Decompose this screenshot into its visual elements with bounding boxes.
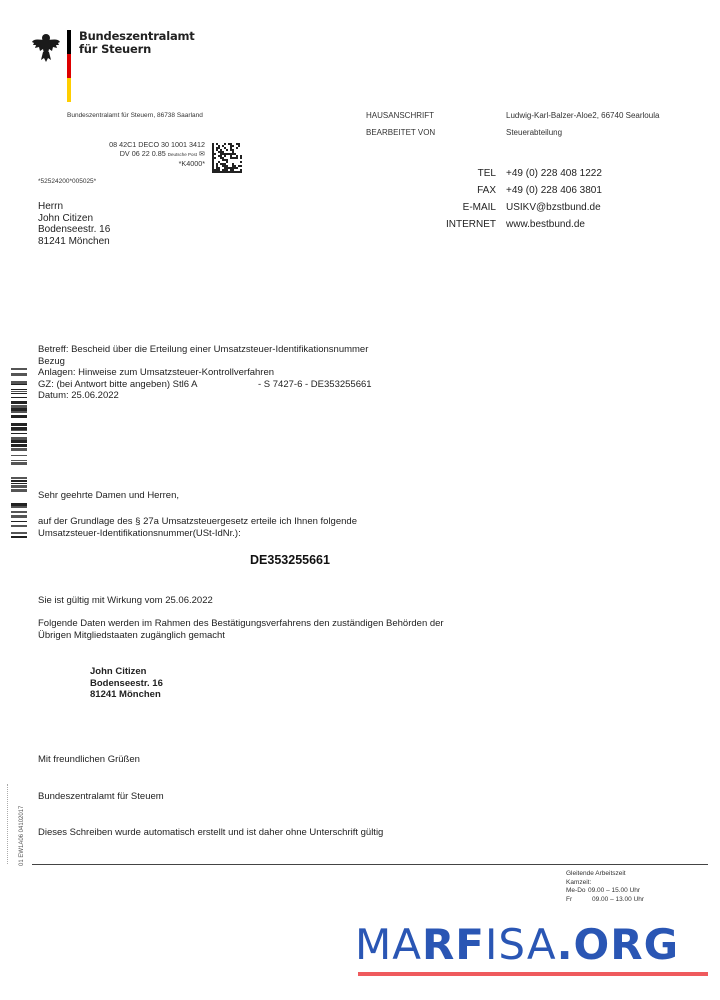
recipient-city: 81241 Mönchen [38, 236, 110, 248]
shared-address-name: John Citizen [90, 666, 163, 678]
contact-row-tel: TEL +49 (0) 228 408 1222 [420, 168, 602, 185]
watermark-part: ISA [485, 920, 557, 969]
side-form-code-text: 01 EW1A06 04102017 [19, 776, 25, 866]
header-row-processor: BEARBEITET VON Steuerabteilung [366, 128, 659, 145]
flag-black [67, 30, 71, 54]
recipient-street: Bodenseestr. 16 [38, 224, 110, 236]
vat-id-number: DE353255661 [0, 553, 580, 567]
federal-eagle-icon [31, 30, 61, 64]
header-value: Steuerabteilung [506, 128, 562, 145]
contact-row-internet: INTERNET www.bestbund.de [420, 219, 602, 236]
intro-line2: Umsatzsteuer-Identifikationsnummer(USt-I… [38, 528, 357, 540]
postage-imprint: 08 42C1 DECO 30 1001 3412 DV 06 22 0.85 … [90, 140, 205, 168]
office-hours-days: Fr [566, 896, 588, 905]
contact-label: INTERNET [420, 219, 506, 236]
intro-line1: auf der Grundlage des § 27a Umsatzsteuer… [38, 516, 357, 528]
office-hours-title: Gleitende Arbeitszeit [566, 870, 644, 879]
header-info: HAUSANSCHRIFT Ludwig-Karl-Balzer-Aloe2, … [366, 111, 659, 145]
office-hours-subtitle: Kamzeit: [566, 879, 644, 888]
contact-info: TEL +49 (0) 228 408 1222 FAX +49 (0) 228… [420, 168, 602, 236]
flag-red [67, 54, 71, 78]
contact-label: FAX [420, 185, 506, 202]
subject-betreff: Betreff: Bescheid über die Erteilung ein… [38, 344, 372, 356]
office-hours: Gleitende Arbeitszeit Kamzeit: Me-Do 09.… [566, 870, 644, 904]
reference-code: *52524200*005025* [38, 178, 96, 185]
contact-label: E-MAIL [420, 202, 506, 219]
header-label: HAUSANSCHRIFT [366, 111, 506, 128]
watermark-part: MA [355, 920, 422, 969]
data-notice-line2: Übrigen Mitgliedstaaten zugänglich gemac… [38, 630, 444, 642]
subject-block: Betreff: Bescheid über die Erteilung ein… [38, 344, 372, 402]
closing: Mit freundlichen Grüßen [38, 754, 140, 766]
postage-line3: *K4000* [90, 159, 205, 168]
side-form-code: 01 EW1A06 04102017 [5, 780, 35, 870]
recipient-address: Herrn John Citizen Bodenseestr. 16 81241… [38, 201, 110, 247]
watermark-underline [358, 972, 708, 976]
gz-value: - S 7427-6 - DE353255661 [258, 379, 372, 390]
recipient-name: John Citizen [38, 213, 110, 225]
german-flag-bar [67, 30, 71, 102]
data-notice-line1: Folgende Daten werden im Rahmen des Best… [38, 618, 444, 630]
agency-name-line2: für Steuern [79, 43, 195, 56]
sender-return-address: Bundeszentralamt für Steuern, 86738 Saar… [67, 112, 203, 119]
footer-divider [32, 864, 708, 865]
data-notice: Folgende Daten werden im Rahmen des Best… [38, 618, 444, 641]
greeting: Sehr geehrte Damen und Herren, [38, 490, 179, 502]
postage-carrier: Deutsche Post [168, 152, 197, 157]
signature: Bundeszentralamt für Steuem [38, 791, 164, 803]
marfisa-watermark-logo: MARFISA.ORG [355, 922, 679, 968]
contact-value: USIKV@bzstbund.de [506, 202, 601, 219]
shared-address-street: Bodenseestr. 16 [90, 678, 163, 690]
office-hours-time: 09.00 – 13.00 Uhr [588, 896, 644, 905]
postage-line2: DV 06 22 0.85 Deutsche Post ✉ [90, 149, 205, 159]
watermark-part: .ORG [557, 920, 679, 969]
recipient-salutation: Herrn [38, 201, 110, 213]
auto-notice: Dieses Schreiben wurde automatisch erste… [38, 827, 383, 839]
contact-value: www.bestbund.de [506, 219, 585, 236]
header-row-address: HAUSANSCHRIFT Ludwig-Karl-Balzer-Aloe2, … [366, 111, 659, 128]
subject-gz: GZ: (bei Antwort bitte angeben) Stl6 A- … [38, 379, 372, 391]
contact-row-email: E-MAIL USIKV@bzstbund.de [420, 202, 602, 219]
shared-address-city: 81241 Mönchen [90, 689, 163, 701]
office-hours-row: Fr 09.00 – 13.00 Uhr [566, 896, 644, 905]
contact-value: +49 (0) 228 406 3801 [506, 185, 602, 202]
datamatrix-code-icon [212, 143, 242, 173]
subject-bezug: Bezug [38, 356, 372, 368]
header-label: BEARBEITET VON [366, 128, 506, 145]
subject-date: Datum: 25.06.2022 [38, 390, 372, 402]
post-horn-icon: ✉ [199, 149, 205, 158]
flag-gold [67, 78, 71, 102]
office-hours-days: Me-Do [566, 887, 588, 896]
side-fine-print [7, 784, 10, 864]
contact-label: TEL [420, 168, 506, 185]
intro-paragraph: auf der Grundlage des § 27a Umsatzsteuer… [38, 516, 357, 539]
validity-statement: Sie ist gültig mit Wirkung vom 25.06.202… [38, 595, 213, 607]
office-hours-row: Me-Do 09.00 – 15.00 Uhr [566, 887, 644, 896]
office-hours-time: 09.00 – 15.00 Uhr [588, 887, 640, 896]
watermark-part: RF [422, 920, 485, 969]
shared-address: John Citizen Bodenseestr. 16 81241 Mönch… [90, 666, 163, 701]
gz-label: GZ: (bei Antwort bitte angeben) Stl6 A [38, 379, 258, 391]
agency-name: Bundeszentralamt für Steuern [79, 30, 195, 56]
side-barcode-icon [11, 366, 27, 541]
header-value: Ludwig-Karl-Balzer-Aloe2, 66740 Searloul… [506, 111, 659, 128]
postage-code: DV 06 22 0.85 [120, 149, 166, 158]
contact-row-fax: FAX +49 (0) 228 406 3801 [420, 185, 602, 202]
postage-line1: 08 42C1 DECO 30 1001 3412 [90, 140, 205, 149]
contact-value: +49 (0) 228 408 1222 [506, 168, 602, 185]
subject-anlagen: Anlagen: Hinweise zum Umsatzsteuer-Kontr… [38, 367, 372, 379]
